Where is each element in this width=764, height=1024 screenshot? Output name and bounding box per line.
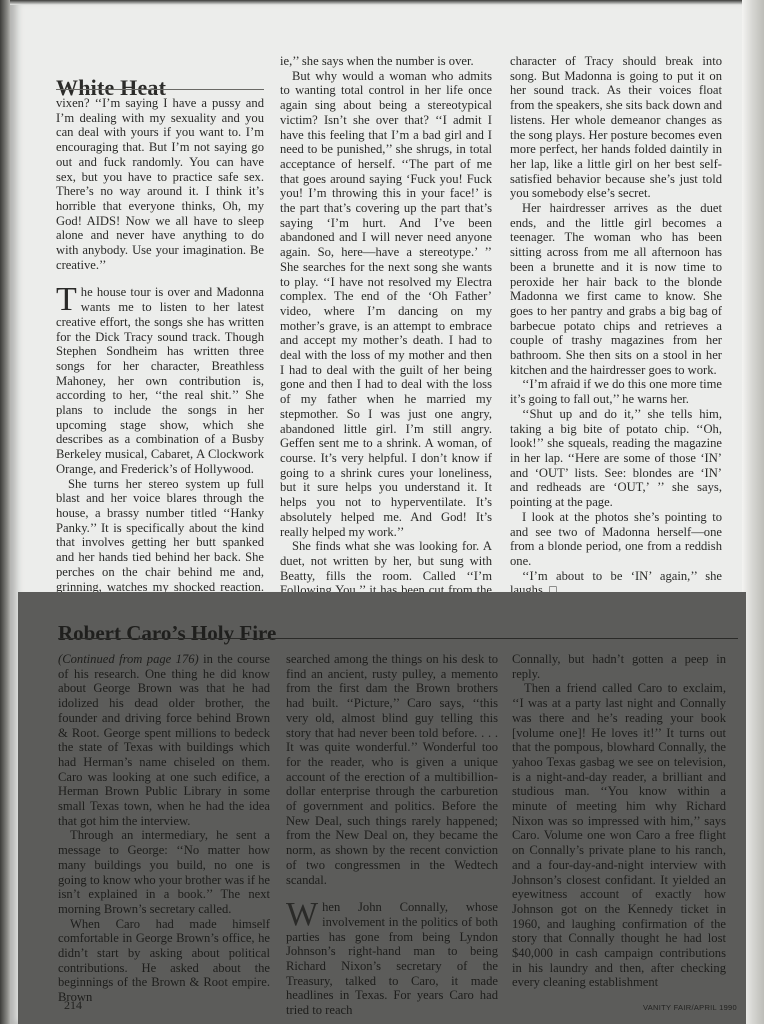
paragraph: Through an intermediary, he sent a messa… xyxy=(58,828,270,916)
paragraph: vixen? ‘‘I’m saying I have a pussy and I… xyxy=(56,96,264,272)
paragraph-section-start: When John Connally, whose involvement in… xyxy=(286,900,498,1018)
paragraph: Connally, but hadn’t gotten a peep in re… xyxy=(512,652,726,681)
title-rule xyxy=(56,89,264,90)
column-3: character of Tracy should break into son… xyxy=(510,54,722,598)
paragraph: But why would a woman who admits to want… xyxy=(280,69,492,540)
page-number: 214 xyxy=(64,998,82,1013)
drop-cap: W xyxy=(286,902,318,928)
paragraph: I look at the photos she’s pointing to a… xyxy=(510,510,722,569)
publication-credit: VANITY FAIR/APRIL 1990 xyxy=(643,1003,737,1012)
article-robert-caro: Robert Caro’s Holy Fire (Continued from … xyxy=(18,592,746,1024)
paragraph: Then a friend called Caro to exclaim, ‘‘… xyxy=(512,681,726,990)
paragraph: Her hairdresser arrives as the duet ends… xyxy=(510,201,722,377)
column-2: ie,’’ she says when the number is over. … xyxy=(280,54,492,613)
column-1: vixen? ‘‘I’m saying I have a pussy and I… xyxy=(56,96,264,624)
paragraph: When Caro had made himself comfortable i… xyxy=(58,917,270,1005)
paragraph: ie,’’ she says when the number is over. xyxy=(280,54,492,69)
article-white-heat: White Heat vixen? ‘‘I’m saying I have a … xyxy=(50,0,734,590)
paragraph: searched among the things on his desk to… xyxy=(286,652,498,887)
column-3: Connally, but hadn’t gotten a peep in re… xyxy=(512,652,726,990)
paragraph: ‘‘I’m afraid if we do this one more time… xyxy=(510,377,722,406)
article-title: Robert Caro’s Holy Fire xyxy=(58,621,276,646)
paragraph: (Continued from page 176) in the course … xyxy=(58,652,270,828)
paragraph: ‘‘Shut up and do it,’’ she tells him, ta… xyxy=(510,407,722,510)
column-1: (Continued from page 176) in the course … xyxy=(58,652,270,1005)
paragraph-section-start: The house tour is over and Madonna wants… xyxy=(56,285,264,476)
drop-cap: T xyxy=(56,287,77,313)
continued-from-note: (Continued from page 176) xyxy=(58,652,199,666)
column-2: searched among the things on his desk to… xyxy=(286,652,498,1018)
paragraph: character of Tracy should break into son… xyxy=(510,54,722,201)
title-rule xyxy=(58,638,738,639)
